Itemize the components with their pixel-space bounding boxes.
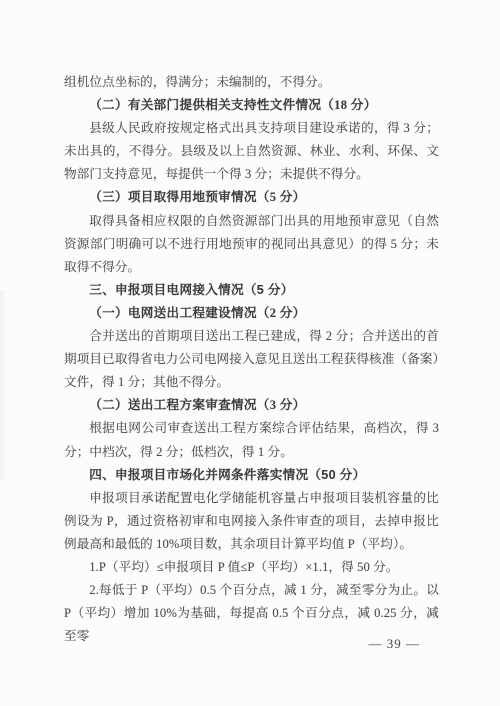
document-body: 组机位点坐标的，得满分；未编制的，不得分。（二）有关部门提供相关支持性文件情况（… bbox=[64, 71, 439, 648]
body-paragraph: 县级人民政府按规定格式出具支持项目建设承诺的，得 3 分；未出具的，不得分。县级… bbox=[64, 117, 439, 186]
subsection-heading: （一）电网送出工程建设情况（2 分） bbox=[64, 302, 439, 325]
document-page: 组机位点坐标的，得满分；未编制的，不得分。（二）有关部门提供相关支持性文件情况（… bbox=[0, 0, 500, 706]
body-paragraph: 组机位点坐标的，得满分；未编制的，不得分。 bbox=[64, 71, 439, 94]
body-paragraph: 取得具备相应权限的自然资源部门出具的用地预审意见（自然资源部门明确可以不进行用地… bbox=[64, 210, 439, 279]
section-heading: 四、申报项目市场化并网条件落实情况（50 分） bbox=[64, 464, 439, 487]
body-paragraph: 1.P（平均）≤申报项目 P 值≤P（平均）×1.1，得 50 分。 bbox=[64, 556, 439, 579]
body-paragraph: 合并送出的首期项目送出工程已建成，得 2 分；合并送出的首期项目已取得省电力公司… bbox=[64, 325, 439, 394]
body-paragraph: 根据电网公司审查送出工程方案综合评估结果，高档次，得 3 分；中档次，得 2 分… bbox=[64, 417, 439, 463]
page-number: — 39 — bbox=[369, 634, 421, 654]
section-heading: 三、申报项目电网接入情况（5 分） bbox=[64, 279, 439, 302]
subsection-heading: （二）送出工程方案审查情况（3 分） bbox=[64, 394, 439, 417]
subsection-heading: （二）有关部门提供相关支持性文件情况（18 分） bbox=[64, 94, 439, 117]
body-paragraph: 申报项目承诺配置电化学储能机容量占申报项目装机容量的比例设为 P，通过资格初审和… bbox=[64, 487, 439, 556]
subsection-heading: （三）项目取得用地预审情况（5 分） bbox=[64, 186, 439, 209]
